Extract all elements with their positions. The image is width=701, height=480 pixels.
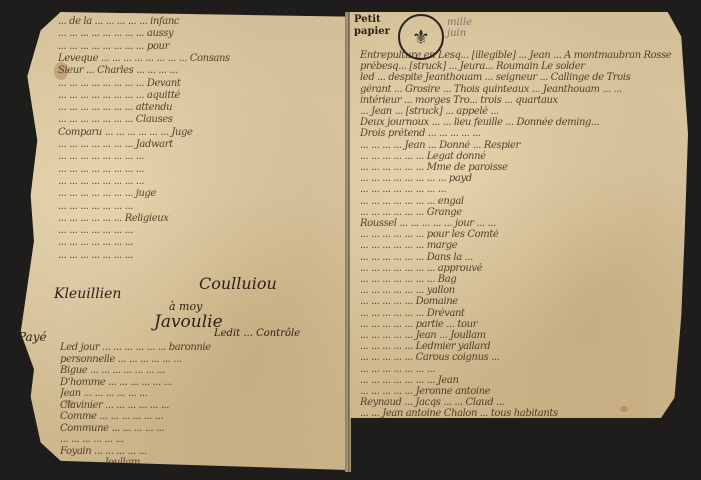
manuscript-line: ... ... ... ... ... ... ... Jean bbox=[360, 375, 678, 387]
manuscript-line: intérieur ... morges Tro... trois ... qu… bbox=[360, 95, 678, 107]
manuscript-line: ... ... ... ... Jean ... Donné ... Respi… bbox=[360, 140, 678, 152]
manuscript-line: ... ... ... ... ... ... ... Bag bbox=[360, 274, 678, 286]
manuscript-line: ... ... ... ... ... Carous coignus ... bbox=[360, 352, 678, 364]
manuscript-line: ... ... ... ... ... ... Drévant bbox=[360, 308, 678, 320]
manuscript-line: Entrepulture en Lesq... [illegible] ... … bbox=[360, 50, 678, 62]
manuscript-line: ... ... ... ... ... ... pour les Comté bbox=[360, 229, 678, 241]
manuscript-line: ... ... ... ... ... Jeronne antoine bbox=[360, 386, 678, 398]
manuscript-line: ... ... ... ... ... ... Grange bbox=[360, 207, 678, 219]
right-page-text: Entrepulture en Lesq... [illegible] ... … bbox=[350, 12, 688, 418]
manuscript-line: ... ... ... ... ... Jean ... Joullam bbox=[360, 330, 678, 342]
manuscript-line: Drois prétend ... ... ... ... ... bbox=[360, 128, 678, 140]
manuscript-line: ... ... ... ... ... ... ... bbox=[360, 364, 678, 376]
left-page-lower-text: Led jour ... ... ... ... ... ... baronni… bbox=[14, 12, 347, 470]
manuscript-line: Deux journoux ... ... lieu feuille ... D… bbox=[360, 117, 678, 129]
manuscript-line: ... ... ... ... ... Ledmier yallard bbox=[360, 341, 678, 353]
manuscript-line: Jean ... ... ... ... ... ... bbox=[60, 388, 345, 400]
left-page: ... de la ... ... ... ... ... infanc... … bbox=[14, 12, 347, 470]
right-page: Petit papier ⚜ mille juin Entrepulture e… bbox=[350, 12, 688, 418]
manuscript-line: Comme ... ... ... ... ... ... bbox=[60, 411, 345, 423]
manuscript-line: ... ... Jean antoine Chalon ... tous hab… bbox=[360, 408, 678, 418]
manuscript-line: D'homme ... ... ... ... ... ... bbox=[60, 377, 345, 389]
manuscript-line: ... ... ... ... Joullam ... bbox=[60, 457, 345, 469]
manuscript-line: ... ... ... ... ... ... Legat donné bbox=[360, 151, 678, 163]
scan-background: ... de la ... ... ... ... ... infanc... … bbox=[0, 0, 701, 480]
manuscript-line: ... ... ... ... ... ... ... ... bbox=[360, 184, 678, 196]
manuscript-line: Clavinier ... ... ... ... ... ... bbox=[60, 400, 345, 412]
manuscript-line: ... ... ... ... ... ... bbox=[60, 434, 345, 446]
manuscript-line: ... ... ... ... ... ... marge bbox=[360, 240, 678, 252]
manuscript-line: ... ... ... ... ... Domaine bbox=[360, 296, 678, 308]
manuscript-line: personnelle ... ... ... ... ... ... bbox=[60, 354, 345, 366]
manuscript-line: ... ... ... ... ... ... ... engal bbox=[360, 196, 678, 208]
manuscript-line: ... ... ... ... ... ... yallon bbox=[360, 285, 678, 297]
manuscript-line: prébesq... [struck] ... Jeura... Roumain… bbox=[360, 61, 678, 73]
manuscript-line: gérant ... Grosire ... Thois quinteaux .… bbox=[360, 84, 678, 96]
manuscript-line: Led jour ... ... ... ... ... ... baronni… bbox=[60, 342, 345, 354]
manuscript-line: ... ... ... ... ... ... ... approuvé bbox=[360, 263, 678, 275]
manuscript-line: Reynaud ... Jacqs ... ... Claud ... bbox=[360, 397, 678, 409]
manuscript-line: Roussel ... ... ... ... ... jour ... ... bbox=[360, 218, 678, 230]
manuscript-line: Bigue ... ... ... ... ... ... ... bbox=[60, 365, 345, 377]
manuscript-line: led ... despite Jeanthouam ... seigneur … bbox=[360, 72, 678, 84]
manuscript-line: ... ... ... ... ... ... Dans la ... bbox=[360, 252, 678, 264]
manuscript-line: ... ... ... ... ... ... ... ... payd bbox=[360, 173, 678, 185]
manuscript-line: Foyain ... ... ... ... ... bbox=[60, 446, 345, 458]
manuscript-line: ... Jean ... [struck] ... appelé ... bbox=[360, 106, 678, 118]
manuscript-line: ... ... ... ... ... ... Mme de paroisse bbox=[360, 162, 678, 174]
manuscript-line: ... ... ... ... ... partie ... tour bbox=[360, 319, 678, 331]
manuscript-line: Commune ... ... ... ... ... bbox=[60, 423, 345, 435]
